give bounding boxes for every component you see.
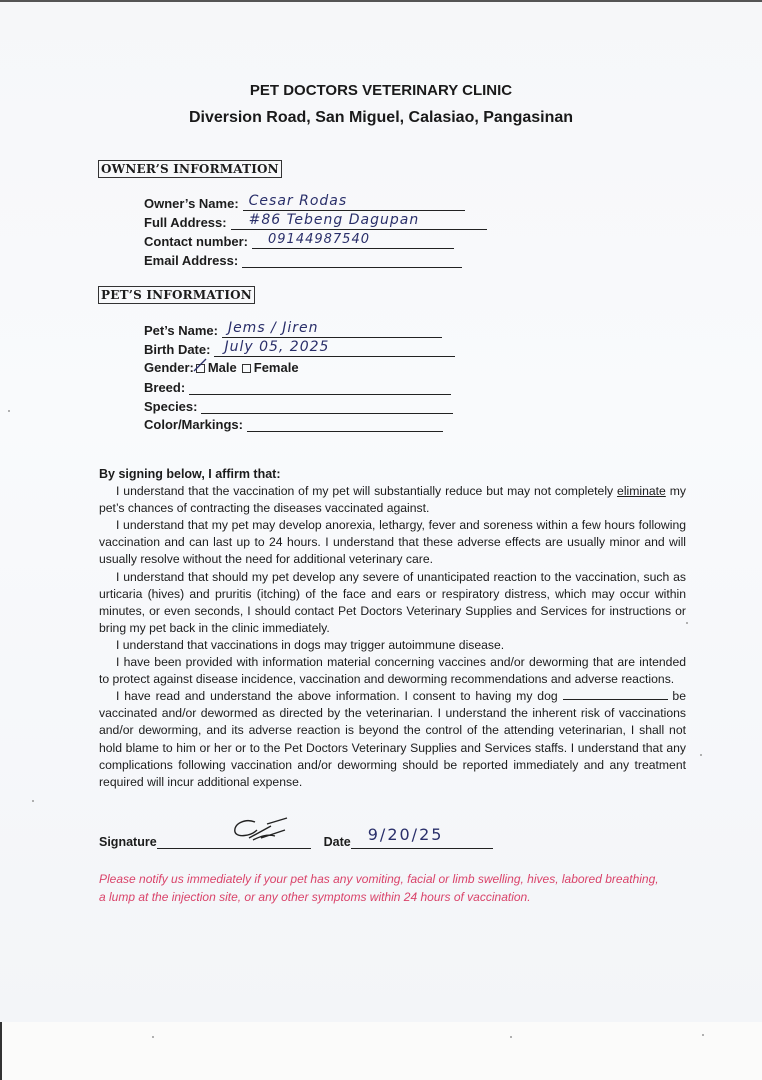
full-address-value: #86 Tebeng Dagupan [249, 212, 420, 228]
scan-speck [700, 754, 702, 756]
scanned-form-page: PET DOCTORS VETERINARY CLINIC Diversion … [0, 0, 762, 1024]
dog-name-blank[interactable] [563, 688, 668, 700]
affirmation-paragraph-4: I understand that vaccinations in dogs m… [99, 637, 686, 654]
p6-suffix: be vaccinated and/or dewormed as directe… [99, 689, 686, 788]
full-address-label: Full Address: [144, 215, 227, 230]
date-value: 9/20/25 [368, 825, 444, 844]
pet-name-row: Pet’s Name: Jems / Jiren [144, 322, 442, 338]
scan-speck [32, 800, 34, 802]
contact-number-row: Contact number: 09144987540 [144, 233, 454, 249]
species-field[interactable] [201, 398, 453, 414]
date-field[interactable]: 9/20/25 [351, 820, 493, 849]
signature-field[interactable]: CZ [157, 820, 311, 849]
owner-name-value: Cesar Rodas [249, 193, 348, 209]
contact-number-label: Contact number: [144, 234, 248, 249]
male-option-label: Male [208, 360, 237, 375]
breed-field[interactable] [189, 379, 451, 395]
pet-name-label: Pet’s Name: [144, 323, 218, 338]
color-markings-label: Color/Markings: [144, 417, 243, 432]
owner-name-field[interactable]: Cesar Rodas [243, 195, 465, 211]
affirmation-section: By signing below, I affirm that: I under… [99, 466, 686, 791]
p1-underlined-word: eliminate [617, 484, 666, 498]
gender-label: Gender: [144, 360, 194, 375]
birth-date-label: Birth Date: [144, 342, 210, 357]
clinic-name: PET DOCTORS VETERINARY CLINIC [0, 82, 762, 99]
notification-note: Please notify us immediately if your pet… [99, 870, 659, 906]
email-label: Email Address: [144, 253, 238, 268]
affirmation-paragraph-6: I have read and understand the above inf… [99, 688, 686, 791]
affirmation-paragraph-2: I understand that my pet may develop ano… [99, 517, 686, 568]
scan-speck [686, 622, 688, 624]
color-markings-field[interactable] [247, 416, 443, 432]
email-field[interactable] [242, 252, 462, 268]
affirmation-paragraph-1: I understand that the vaccination of my … [99, 483, 686, 517]
color-markings-row: Color/Markings: [144, 416, 443, 432]
signature-label: Signature [99, 835, 157, 849]
male-checkbox[interactable] [196, 364, 205, 373]
pet-name-value: Jems / Jiren [228, 320, 319, 336]
full-address-field[interactable]: #86 Tebeng Dagupan [231, 214, 487, 230]
owner-section-title: OWNER’S INFORMATION [98, 160, 282, 178]
scan-speck [510, 1036, 512, 1038]
p6-prefix: I have read and understand the above inf… [116, 689, 563, 703]
birth-date-field[interactable]: July 05, 2025 [214, 341, 455, 357]
breed-label: Breed: [144, 380, 185, 395]
signature-row: Signature CZ Date 9/20/25 [99, 820, 493, 849]
email-row: Email Address: [144, 252, 462, 268]
signature-scribble-icon [227, 816, 293, 846]
contact-number-field[interactable]: 09144987540 [252, 233, 454, 249]
birth-date-row: Birth Date: July 05, 2025 [144, 341, 455, 357]
owner-name-row: Owner’s Name: Cesar Rodas [144, 195, 465, 211]
breed-row: Breed: [144, 379, 451, 395]
scan-speck [152, 1036, 154, 1038]
affirmation-heading: By signing below, I affirm that: [99, 466, 686, 483]
owner-name-label: Owner’s Name: [144, 196, 239, 211]
pet-section-title: PET’S INFORMATION [98, 286, 255, 304]
female-checkbox[interactable] [242, 364, 251, 373]
birth-date-value: July 05, 2025 [224, 339, 329, 355]
scan-speck [8, 410, 10, 412]
female-option-label: Female [254, 360, 299, 375]
pet-name-field[interactable]: Jems / Jiren [222, 322, 442, 338]
date-label: Date [324, 835, 351, 849]
affirmation-paragraph-5: I have been provided with information ma… [99, 654, 686, 688]
p1-prefix: I understand that the vaccination of my … [116, 484, 617, 498]
clinic-address: Diversion Road, San Miguel, Calasiao, Pa… [0, 109, 762, 127]
gender-row: Gender: Male Female [144, 360, 299, 375]
affirmation-paragraph-3: I understand that should my pet develop … [99, 569, 686, 637]
full-address-row: Full Address: #86 Tebeng Dagupan [144, 214, 487, 230]
species-label: Species: [144, 399, 197, 414]
scan-bottom-margin [0, 1022, 762, 1080]
checkmark-icon [193, 358, 207, 372]
species-row: Species: [144, 398, 453, 414]
contact-number-value: 09144987540 [268, 232, 370, 247]
scan-speck [702, 1034, 704, 1036]
